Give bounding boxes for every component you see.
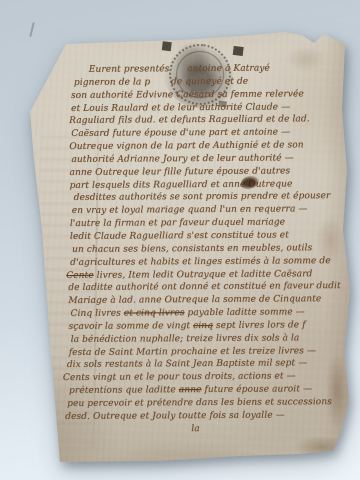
handwriting-segment: peu percevoir et prétendre dans les bien…: [67, 397, 332, 409]
manuscript-text: Eurent presentés antoine a Katrayépigner…: [61, 62, 348, 436]
handwriting-segment: payable laditte somme —: [184, 307, 304, 318]
handwriting-segment: Raguliard fils dud. et defunts Raguellia…: [69, 115, 310, 127]
handwriting-segment: livres, Item ledit Outrayque et laditte …: [94, 269, 313, 281]
handwriting-segment: d'agricultures et habits et linges estim…: [70, 256, 331, 268]
manuscript-line: peu percevoir et prétendre dans les bien…: [63, 396, 347, 411]
struck-out-word: et cinq livres: [124, 308, 185, 318]
handwriting-segment: Caësard future épouse d'une part et anto…: [71, 128, 290, 140]
handwriting-segment: desdittes authorités se sont promis pren…: [74, 192, 331, 204]
handwriting-segment: ledit Claude Raguelliard s'est constitué…: [70, 230, 289, 242]
struck-out-word: anne: [179, 385, 202, 395]
handwriting-segment: authorité Adrianne Joury et de leur auth…: [71, 153, 293, 165]
handwriting-segment: Cinq livres: [70, 309, 123, 319]
handwriting-segment: future épouse auroit —: [201, 384, 312, 395]
handwriting-segment: la: [191, 424, 200, 434]
handwriting-segment: l'autre la firman et par faveur duquel m…: [70, 218, 285, 230]
manuscript-paper: Eurent presentés antoine a Katrayépigner…: [0, 0, 360, 480]
handwriting-segment: Mariage à lad. anne Outreque la somme de…: [68, 294, 321, 306]
handwriting-segment: et Louis Raulard et de leur authorité Cl…: [71, 102, 290, 114]
handwriting-segment: la bénédiction nuphalle; treize livres d…: [71, 333, 300, 345]
handwriting-segment: de laditte authorité ont donné et consti…: [68, 281, 340, 293]
manuscript-line: la: [63, 422, 347, 437]
manuscript-line: Outreque vignon de la part de Authignié …: [61, 139, 345, 154]
handwriting-segment: Outreque vignon de la part de Authignié …: [69, 140, 303, 152]
paper-wrapper: Eurent presentés antoine a Katrayépigner…: [0, 0, 360, 480]
handwriting-segment: dix sols restants à la Saint Jean Baptis…: [67, 359, 307, 371]
handwriting-segment: prétentions que laditte: [69, 385, 179, 396]
handwriting-segment: pigneron de la p de quineyé et de: [74, 77, 248, 88]
handwriting-segment: sept livres lors de f: [213, 320, 306, 331]
handwriting-segment: Cents vingt un et le pour tous droits, a…: [63, 372, 296, 384]
handwriting-segment: Eurent presentés antoine a Katrayé: [89, 64, 270, 75]
handwriting-segment: en vray et loyal mariage quand l'un en r…: [72, 205, 308, 217]
handwriting-segment: un chacun ses biens, consistants en meub…: [72, 243, 312, 255]
handwriting-segment: desd. Outreque et Jouly toutte fois sa l…: [65, 410, 285, 422]
manuscript-line: son authorité Edvivne Caësard sa femme r…: [61, 88, 345, 103]
struck-out-word: cinq: [193, 321, 213, 331]
manuscript-line: sçavoir la somme de vingt cinq sept livr…: [62, 319, 346, 334]
ink-stamp-side-mark: [162, 41, 172, 51]
ink-stamp-side-mark: [233, 46, 244, 56]
manuscript-line: dix sols restants à la Saint Jean Baptis…: [63, 357, 347, 372]
handwriting-segment: son authorité Edvivne Caësard sa femme r…: [71, 89, 304, 101]
handwriting-segment: sçavoir la somme de vingt: [69, 321, 194, 332]
paper-stain: [296, 436, 348, 458]
manuscript-line: Raguliard fils dud. et defunts Raguellia…: [61, 113, 345, 128]
struck-out-word: Cente: [66, 270, 94, 280]
photo-of-manuscript: Eurent presentés antoine a Katrayépigner…: [0, 0, 360, 480]
manuscript-line: d'agricultures et habits et linges estim…: [62, 255, 346, 270]
handwriting-segment: anne Outreque leur fille future épouse d…: [69, 166, 290, 178]
manuscript-line: en vray et loyal mariage quand l'un en r…: [62, 203, 346, 218]
handwriting-segment: festa de Saint Martin prochaine et les t…: [69, 346, 316, 358]
